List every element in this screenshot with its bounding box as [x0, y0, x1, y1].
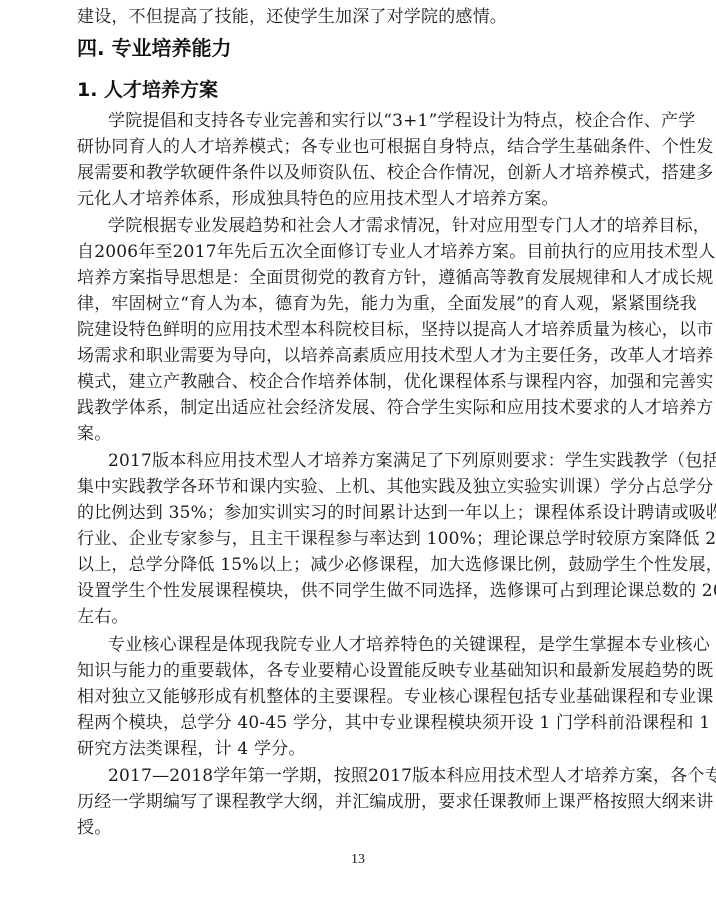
paragraph-line: 自2006年至2017年先后五次全面修订专业人才培养方案。目前执行的应用技术型人…	[77, 239, 643, 265]
paragraph-line: 左右。	[77, 604, 643, 630]
document-page: 建设，不但提高了技能，还使学生加深了对学院的感情。 四. 专业培养能力 1. 人…	[0, 0, 716, 900]
paragraph-line: 培养方案指导思想是：全面贯彻党的教育方针，遵循高等教育发展规律和人才成长规	[77, 265, 643, 291]
paragraph-line: 设置学生个性发展课程模块，供不同学生做不同选择，选修课可占到理论课总数的 20%	[77, 578, 643, 604]
paragraph-line: 案。	[77, 421, 643, 447]
paragraph-line: 展需要和教学软硬件条件以及师资队伍、校企合作情况，创新人才培养模式，搭建多	[77, 160, 643, 186]
lead-line: 建设，不但提高了技能，还使学生加深了对学院的感情。	[77, 4, 643, 30]
paragraph-line: 历经一学期编写了课程教学大纲，并汇编成册，要求任课教师上课严格按照大纲来讲	[77, 789, 643, 815]
section-heading: 四. 专业培养能力	[77, 34, 232, 62]
paragraph-line: 相对独立又能够形成有机整体的主要课程。专业核心课程包括专业基础课程和专业课	[77, 684, 643, 710]
paragraph-line: 律，牢固树立“育人为本，德育为先，能力为重，全面发展”的育人观，紧紧围绕我	[77, 291, 643, 317]
paragraph-line: 2017版本科应用技术型人才培养方案满足了下列原则要求：学生实践教学（包括	[108, 448, 643, 474]
page-number: 13	[0, 852, 716, 868]
paragraph-line: 元化人才培养体系，形成独具特色的应用技术型人才培养方案。	[77, 186, 643, 212]
paragraph-line: 场需求和职业需要为导向，以培养高素质应用技术型人才为主要任务，改革人才培养	[77, 343, 643, 369]
paragraph-line: 院建设特色鲜明的应用技术型本科院校目标，坚持以提高人才培养质量为核心，以市	[77, 317, 643, 343]
paragraph-line: 以上，总学分降低 15%以上；减少必修课程，加大选修课比例，鼓励学生个性发展，	[77, 552, 643, 578]
paragraph-line: 程两个模块，总学分 40-45 学分，其中专业课程模块须开设 1 门学科前沿课程…	[77, 710, 643, 736]
subsection-heading: 1. 人才培养方案	[77, 76, 218, 104]
paragraph-line: 践教学体系，制定出适应社会经济发展、符合学生实际和应用技术要求的人才培养方	[77, 395, 643, 421]
paragraph-line: 授。	[77, 815, 643, 841]
paragraph-line: 行业、企业专家参与，且主干课程参与率达到 100%；理论课总学时较原方案降低 2…	[77, 526, 643, 552]
paragraph-line: 研协同育人的人才培养模式；各专业也可根据自身特点，结合学生基础条件、个性发	[77, 134, 643, 160]
paragraph-line: 模式，建立产教融合、校企合作培养体制，优化课程体系与课程内容，加强和完善实	[77, 369, 643, 395]
paragraph-line: 2017—2018学年第一学期，按照2017版本科应用技术型人才培养方案，各个专…	[108, 763, 643, 789]
paragraph-line: 学院根据专业发展趋势和社会人才需求情况，针对应用型专门人才的培养目标，	[108, 213, 643, 239]
paragraph-line: 知识与能力的重要载体，各专业要精心设置能反映专业基础知识和最新发展趋势的既	[77, 658, 643, 684]
paragraph-line: 研究方法类课程，计 4 学分。	[77, 736, 643, 762]
paragraph-line: 的比例达到 35%；参加实训实习的时间累计达到一年以上；课程体系设计聘请或吸收	[77, 500, 643, 526]
paragraph-line: 集中实践教学各环节和课内实验、上机、其他实践及独立实验实训课）学分占总学分	[77, 474, 643, 500]
paragraph-line: 学院提倡和支持各专业完善和实行以“3+1”学程设计为特点，校企合作、产学	[108, 108, 643, 134]
paragraph-line: 专业核心课程是体现我院专业人才培养特色的关键课程，是学生掌握本专业核心	[108, 632, 643, 658]
